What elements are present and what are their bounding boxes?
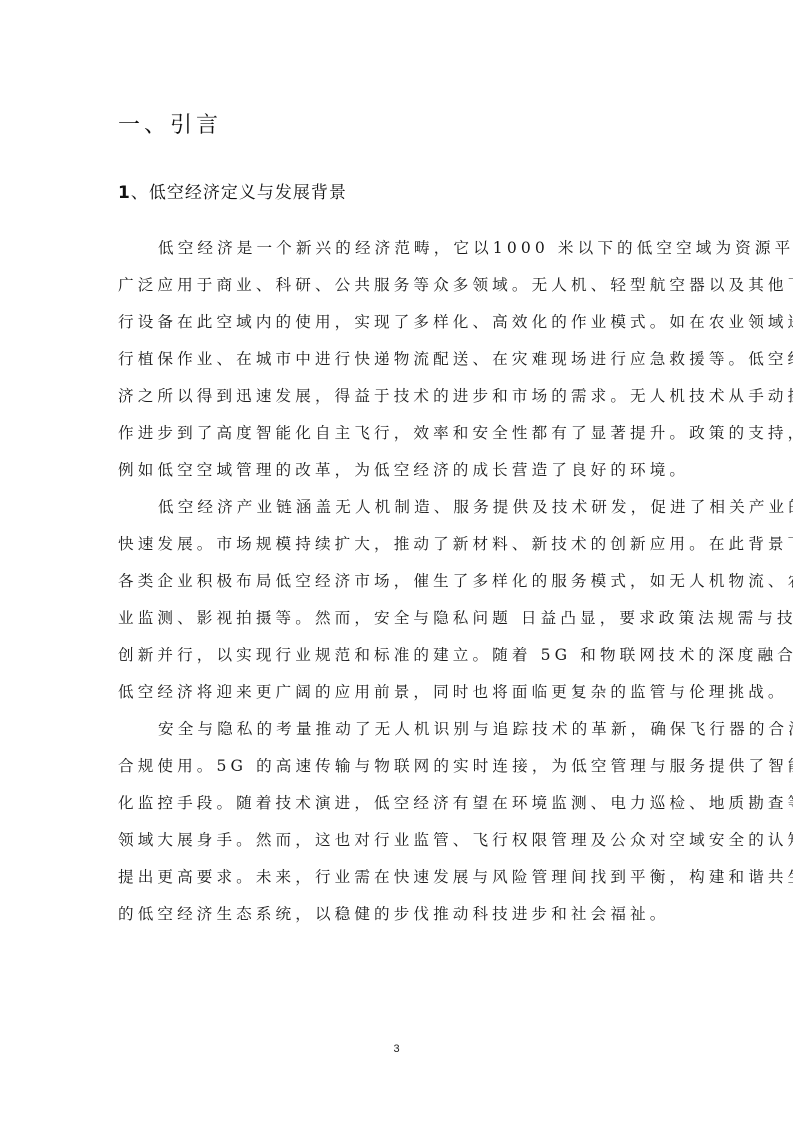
- subsection-number: 1: [118, 183, 131, 203]
- text-line: 快速发展。市场规模持续扩大，推动了新材料、新技术的创新应用。在此背景下，: [118, 533, 678, 570]
- text-line: 创新并行，以实现行业规范和标准的建立。随着 5G 和物联网技术的深度融合，: [118, 644, 678, 681]
- text-line: 济之所以得到迅速发展，得益于技术的进步和市场的需求。无人机技术从手动操: [118, 385, 678, 422]
- text-line: 提出更高要求。未来，行业需在快速发展与风险管理间找到平衡，构建和谐共生: [118, 866, 678, 903]
- document-page: 一、引言 1、低空经济定义与发展背景 低空经济是一个新兴的经济范畴，它以1000…: [0, 0, 793, 1122]
- text-line: 低空经济是一个新兴的经济范畴，它以1000 米以下的低空空域为资源平台，: [118, 237, 678, 274]
- subsection-heading: 1、低空经济定义与发展背景: [118, 178, 347, 203]
- text-line: 安全与隐私的考量推动了无人机识别与追踪技术的革新，确保飞行器的合法: [118, 718, 678, 755]
- text-line: 各类企业积极布局低空经济市场，催生了多样化的服务模式，如无人机物流、农: [118, 570, 678, 607]
- subsection-title: 、低空经济定义与发展背景: [131, 183, 347, 203]
- paragraph: 低空经济产业链涵盖无人机制造、服务提供及技术研发，促进了相关产业的 快速发展。市…: [118, 496, 678, 718]
- text-line: 的低空经济生态系统，以稳健的步伐推动科技进步和社会福祉。: [118, 903, 678, 940]
- page-number: 3: [0, 1043, 793, 1055]
- text-line: 低空经济将迎来更广阔的应用前景，同时也将面临更复杂的监管与伦理挑战。: [118, 681, 678, 718]
- text-line: 广泛应用于商业、科研、公共服务等众多领域。无人机、轻型航空器以及其他飞: [118, 274, 678, 311]
- text-line: 低空经济产业链涵盖无人机制造、服务提供及技术研发，促进了相关产业的: [118, 496, 678, 533]
- text-line: 业监测、影视拍摄等。然而，安全与隐私问题 日益凸显，要求政策法规需与技术: [118, 607, 678, 644]
- section-heading: 一、引言: [118, 108, 222, 139]
- text-line: 作进步到了高度智能化自主飞行，效率和安全性都有了显著提升。政策的支持，: [118, 422, 678, 459]
- paragraph: 低空经济是一个新兴的经济范畴，它以1000 米以下的低空空域为资源平台， 广泛应…: [118, 237, 678, 496]
- text-line: 例如低空空域管理的改革，为低空经济的成长营造了良好的环境。: [118, 459, 678, 496]
- text-line: 领域大展身手。然而，这也对行业监管、飞行权限管理及公众对空域安全的认知: [118, 829, 678, 866]
- text-line: 行设备在此空域内的使用，实现了多样化、高效化的作业模式。如在农业领域进: [118, 311, 678, 348]
- text-line: 化监控手段。随着技术演进，低空经济有望在环境监测、电力巡检、地质勘查等: [118, 792, 678, 829]
- text-line: 合规使用。5G 的高速传输与物联网的实时连接，为低空管理与服务提供了智能: [118, 755, 678, 792]
- paragraph: 安全与隐私的考量推动了无人机识别与追踪技术的革新，确保飞行器的合法 合规使用。5…: [118, 718, 678, 940]
- text-line: 行植保作业、在城市中进行快递物流配送、在灾难现场进行应急救援等。低空经: [118, 348, 678, 385]
- body-text: 低空经济是一个新兴的经济范畴，它以1000 米以下的低空空域为资源平台， 广泛应…: [118, 237, 678, 940]
